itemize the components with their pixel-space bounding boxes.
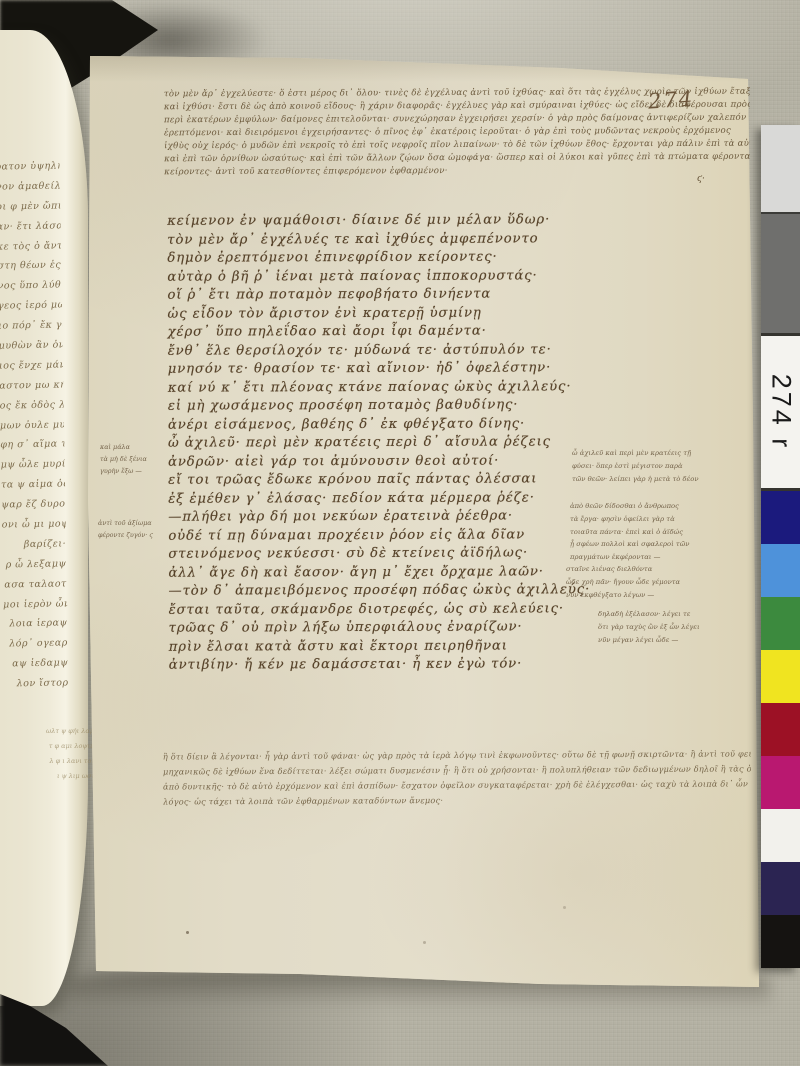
facing-line-fragment: στη θέων ἐς	[0, 256, 61, 277]
facing-line-fragment: φη σ᾽ αἵμα τήν	[0, 435, 64, 456]
margin-note-line: τὰ ἔργα· φησὶν ὀφείλει γὰρ τὰ	[570, 513, 746, 526]
left-margin-note-upper: καὶ μάλατὰ μὴ δὲ ξένιαγυρὴν ἔξω —	[100, 441, 164, 477]
facing-line-fragment: ασα ταλαοτ	[3, 574, 67, 595]
iliad-verse-line: —τὸν δ᾽ ἀπαμειβόμενος προσέφη πόδας ὠκὺς…	[168, 581, 568, 601]
margin-note-line: ὦ ἀχιλεῦ καὶ περὶ μὲν κρατέεις τῇ	[572, 447, 744, 460]
ink-speck	[563, 906, 566, 909]
color-patch	[761, 544, 800, 597]
facing-line-fragment: αν· ἔτι λάσατ	[0, 216, 61, 237]
margin-note-line: ὅτι γὰρ ταχὺς ὢν ἐξ ὧν λέγει	[598, 621, 748, 634]
iliad-verse-line: καί νύ κ᾽ ἔτι πλέονας κτάνε παίονας ὠκὺς…	[168, 378, 568, 398]
right-margin-note-4: δηλαδὴ ἐξέλασον· λέγει τεὅτι γὰρ ταχὺς ὢ…	[598, 608, 748, 647]
margin-note-line: ὧδε χρὴ πᾶν· ἤγουν ὧδε γέμοντα	[566, 576, 746, 589]
facing-line-fragment: ονι ὦ μι μοψ	[2, 514, 66, 535]
iliad-verse-line: στεινόμενος νεκύεσσι· σὺ δὲ κτείνεις ἀϊδ…	[168, 544, 568, 564]
iliad-verse-line: κείμενον ἐν ψαμάθοισι· δίαινε δέ μιν μέλ…	[167, 211, 567, 231]
facing-page-text-fragments: ρατον ὑψηλήνον ἀμαθείλωοι φ μὲν ὤπιραν· …	[0, 156, 69, 694]
iliad-verse-line: ὡς εἶδον τὸν ἄριστον ἐνὶ κρατερῇ ὑσμίνῃ	[168, 304, 568, 324]
iliad-verse-line: ἀλλ᾽ ἄγε δὴ καὶ ἔασον· ἄγη μ᾽ ἔχει ὄρχαμ…	[168, 563, 568, 583]
facing-line-fragment: κε τὸς ὁ ἄντ	[0, 236, 61, 257]
folio-label-text: 274 r	[765, 374, 796, 451]
margin-note-line: φύσει· ὅπερ ἐστὶ μέγιστον παρὰ	[572, 460, 744, 473]
iliad-verse-line: τὸν μὲν ἄρ᾽ ἐγχέλυές τε καὶ ἰχθύες ἀμφεπ…	[167, 230, 567, 250]
facing-line-fragment: τα ψ αἱμα ὀφη	[1, 475, 65, 496]
color-calibration-bar	[761, 491, 800, 968]
facing-line-fragment: μων ὀυλε μυρ	[0, 415, 64, 436]
facing-line-fragment: ιος ἔνχε μάν	[0, 355, 63, 376]
folio-label-card: 274 r	[761, 336, 800, 488]
facing-line-fragment: λον ἵστορ	[4, 674, 68, 695]
scholia-line: λόγος· ὡς τάχει τὰ λοιπὰ τῶν ἐφθαρμένων …	[163, 791, 751, 809]
main-text-block: κείμενον ἐν ψαμάθοισι· δίαινε δέ μιν μέλ…	[167, 211, 569, 675]
facing-line-fragment: μψ ὧλε μυρίο	[1, 455, 65, 476]
right-margin-note-2: ἀπὸ θεῶν δίδοσθαι ὁ ἄνθρωποςτὰ ἔργα· φησ…	[570, 500, 746, 564]
iliad-verse-line: πρὶν ἔλσαι κατὰ ἄστυ καὶ ἕκτορι πειρηθῆν…	[169, 637, 569, 657]
iliad-verse-line: εἰ μὴ χωσάμενος προσέφη ποταμὸς βαθυδίνη…	[168, 396, 568, 416]
facing-line-fragment: μοι ἱερὸν ὦν	[3, 594, 67, 615]
iliad-verse-line: ὦ ἀχιλεῦ· περὶ μὲν κρατέεις περὶ δ᾽ αἴσυ…	[168, 433, 568, 453]
facing-scholia-fragment: λ φ ι λανι τοι	[2, 754, 94, 769]
iliad-verse-line: μνησόν τε· θρασίον τε· καὶ αἴνιον· ἠδ᾽ ὀ…	[168, 359, 568, 379]
facing-line-fragment: ρ ὦ λεξαμψ	[2, 554, 66, 575]
facing-line-fragment: αστον μω κή	[0, 375, 63, 396]
iliad-verse-line: χέρσ᾽ ὕπο πηλεΐδαο καὶ ἄορι ἶφι δαμέντα·	[168, 322, 568, 342]
margin-note-line: ἀντὶ τοῦ ἀξίωμα	[98, 517, 168, 529]
iliad-verse-line: δημὸν ἐρεπτόμενοι ἐπινεφρίδιον κείροντες…	[167, 248, 567, 268]
facing-line-fragment: λοια ἱεραψ	[3, 614, 67, 635]
facing-line-fragment: αψ ἱεδαμψ	[4, 654, 68, 675]
gray-scale-light-patch	[761, 125, 800, 212]
scholia-line: καὶ ἐπὶ τῶν ὀρνίθων ὡσαύτως· καὶ ἐπὶ τῶν…	[164, 151, 750, 167]
right-margin-note-1: ὦ ἀχιλεῦ καὶ περὶ μὲν κρατέεις τῇφύσει· …	[572, 447, 744, 486]
scholia-line: κείροντες· ἀντὶ τοῦ κατεσθίοντες ἐπιφερό…	[164, 164, 750, 180]
facing-scholia-fragment: ι ψ λιμ ωσι	[2, 769, 94, 784]
facing-line-fragment: νος ὕπο λύθη	[0, 276, 62, 297]
ink-speck	[423, 941, 426, 944]
iliad-verse-line: ἀνέρι εἰσάμενος, βαθέης δ᾽ ἐκ φθέγξατο δ…	[168, 415, 568, 435]
facing-scholia-fragment: τ φ αμι λοψιν	[2, 739, 94, 754]
facing-line-fragment: βαρίζει·	[2, 534, 66, 555]
margin-note-line: τοιαῦτα πάντα· ἐπεὶ καὶ ὁ ἀϊδώς	[570, 526, 746, 539]
color-patch	[761, 756, 800, 809]
margin-note-line: τῶν θεῶν· λείπει γὰρ ἡ μετὰ τὸ δέον	[572, 473, 744, 486]
iliad-verse-line: τρῶας δ᾽ οὐ πρὶν λήξω ὑπερφιάλους ἐναρίζ…	[169, 618, 569, 638]
facing-line-fragment: νον ἀμαθείλω	[0, 176, 60, 197]
margin-note-line: νῦν ἐκφθέγξατο λέγων —	[566, 589, 746, 602]
iliad-verse-line: οἵ ῥ᾽ ἔτι πὰρ ποταμὸν πεφοβήατο δινήεντα	[167, 285, 567, 305]
facing-scholia-fragment: ωλτ ψ φήι λαμ	[2, 724, 94, 739]
margin-note-line: σταῖνε λιένας διελθόντα	[566, 563, 746, 576]
facing-line-fragment: οι φ μὲν ὤπιρ	[0, 196, 60, 217]
iliad-verse-line: ἔσται ταῦτα, σκάμανδρε διοτρεφές, ὡς σὺ …	[169, 600, 569, 620]
margin-note-line: ἀπὸ θεῶν δίδοσθαι ὁ ἄνθρωπος	[570, 500, 746, 513]
margin-note-line: τὰ μὴ δὲ ξένια	[100, 453, 164, 465]
margin-note-line: δηλαδὴ ἐξέλασον· λέγει τε	[598, 608, 748, 621]
facing-line-fragment: ρατον ὑψηλή	[0, 156, 60, 177]
ink-speck	[186, 931, 189, 934]
iliad-verse-line: —πλήθει γὰρ δή μοι νεκύων ἐρατεινὰ ῥέεθρ…	[168, 507, 568, 527]
left-margin-note-lower: ἀντὶ τοῦ ἀξίωμαφέροντε ζυγόν· ϛ	[98, 517, 168, 541]
facing-line-fragment: ιο πόρ᾽ ἔκ γων	[0, 316, 62, 337]
facing-page-scholia-fragments: ωλτ ψ φήι λαμτ φ αμι λοψινλ φ ι λανι τοι…	[2, 724, 94, 784]
facing-line-fragment: μυθὼν ἂν ὀντ	[0, 335, 63, 356]
facing-line-fragment: γεος ἱερό μων	[0, 296, 62, 317]
color-patch	[761, 703, 800, 756]
iliad-verse-line: οὐδέ τί πῃ δύναμαι προχέειν ῥόον εἰς ἅλα…	[168, 526, 568, 546]
iliad-verse-line: ἀνδρῶν· αἰεὶ γάρ τοι ἀμύνουσιν θεοὶ αὐτο…	[168, 452, 568, 472]
color-patch	[761, 809, 800, 862]
top-scholia-block: τὸν μὲν ἄρ᾽ ἐγχελύεστε· ὅ ἐστι μέρος δι᾽…	[164, 86, 750, 180]
margin-note-line: καὶ μάλα	[100, 441, 164, 453]
facing-line-fragment: ος ἔκ ὁδὸς λύ	[0, 395, 64, 416]
color-patch	[761, 491, 800, 544]
margin-note-line: φέροντε ζυγόν· ϛ	[98, 529, 168, 541]
color-patch	[761, 597, 800, 650]
color-patch	[761, 862, 800, 915]
gray-scale-dark-patch	[761, 212, 800, 333]
color-patch	[761, 650, 800, 703]
reference-column: 274 r	[761, 125, 800, 968]
manuscript-photograph: ρατον ὑψηλήνον ἀμαθείλωοι φ μὲν ὤπιραν· …	[0, 0, 800, 1066]
iliad-verse-line: ἐξ ἐμέθεν γ᾽ ἐλάσας· πεδίον κάτα μέρμερα…	[168, 489, 568, 509]
facing-line-fragment: ψαρ ἔζ δυρον	[1, 495, 65, 516]
right-margin-note-3: σταῖνε λιένας διελθόνταὧδε χρὴ πᾶν· ἤγου…	[566, 563, 746, 602]
iliad-verse-line: εἴ τοι τρῶας ἔδωκε κρόνου παῖς πάντας ὀλ…	[168, 470, 568, 490]
bottom-scholia-block: ἢ ὅτι δίειν ἃ λέγονται· ἦ γὰρ ἀντὶ τοῦ φ…	[163, 746, 751, 809]
iliad-verse-line: αὐτὰρ ὁ βῆ ῥ᾽ ἰέναι μετὰ παίονας ἱπποκορ…	[167, 267, 567, 287]
facing-line-fragment: λόρ᾽ ογεαρ	[4, 634, 68, 655]
margin-note-line: ᾗ σφέων πολλοὶ καὶ σφαλεροὶ τῶν	[570, 538, 746, 551]
scholia-line: ἀπὸ δυντικῆς· τὸ δὲ αὐτὸ ἐρχόμενον καὶ ἐ…	[163, 776, 751, 794]
iliad-verse-line: ἔνθ᾽ ἕλε θερσίλοχόν τε· μύδωνά τε· ἀστύπ…	[168, 341, 568, 361]
margin-note-line: γυρὴν ἔξω —	[100, 465, 164, 477]
margin-note-line: νῦν μέγαν λέγει ὧδε —	[598, 634, 748, 647]
color-patch	[761, 915, 800, 968]
iliad-verse-line: ἀντιβίην· ἤ κέν με δαμάσσεται· ἦ κεν ἐγὼ…	[169, 655, 569, 675]
